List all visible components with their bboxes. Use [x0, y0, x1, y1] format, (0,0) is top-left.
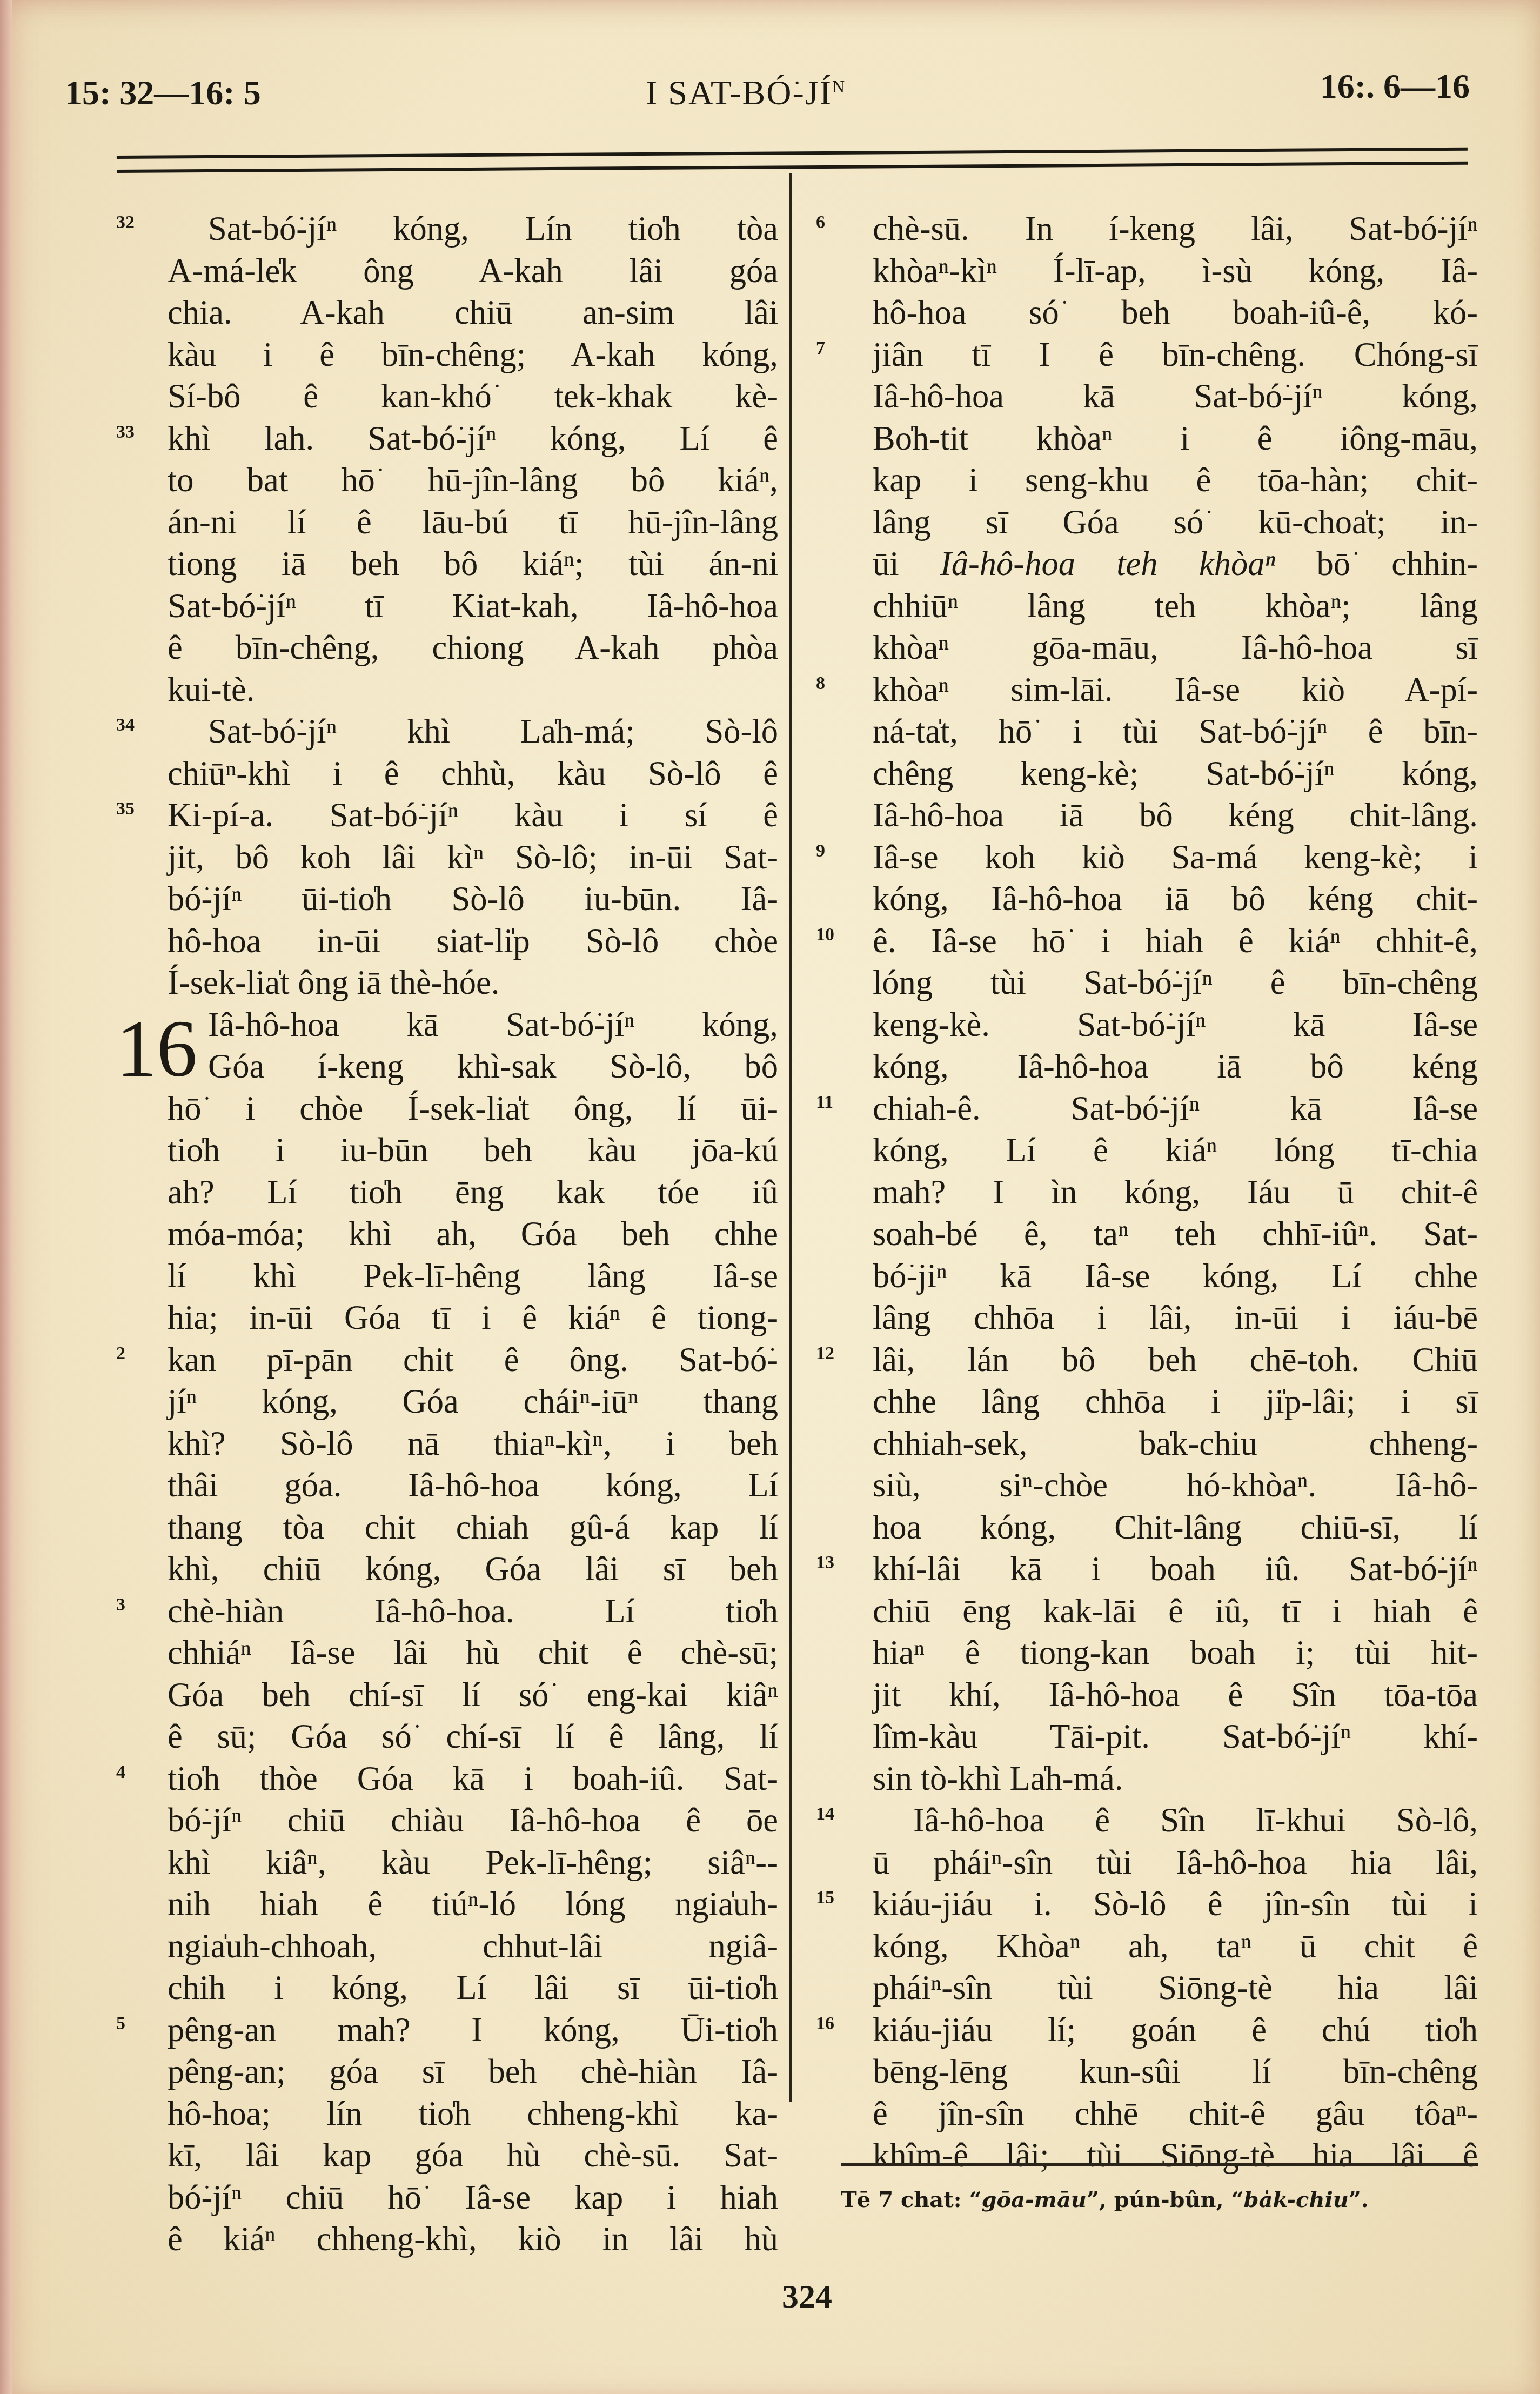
text-line: Í-sek-lia̍t ông iā thè-hóe. [168, 962, 778, 1004]
line-text: keng-kè. Sat-bó͘-jíⁿ kā Iâ-se [873, 1006, 1478, 1044]
line-text: ê bīn-chêng, chiong A-kah phòa [168, 628, 778, 666]
line-text: Iâ-hô-hoa iā bô kéng chit-lâng. [873, 796, 1478, 834]
line-text: chiah-ê. Sat-bó͘-jíⁿ kā Iâ-se [873, 1089, 1478, 1127]
text-line: 4tio̍h thòe Góa kā i boah-iû. Sat- [168, 1758, 778, 1800]
page-number: 324 [782, 2278, 832, 2316]
text-line: 7jiân tī I ê bīn-chêng. Chóng-sī [873, 334, 1478, 376]
footnote-prefix: Tē 7 chat: “ [841, 2187, 981, 2212]
left-column: 32Sat-bó͘-jíⁿ kóng, Lín tio̍h tòaA-má-le… [168, 208, 778, 2261]
text-line: khîm-ê lâi; tùi Siōng-tè hia lâi ê [873, 2135, 1478, 2177]
text-line: 12lâi, lán bô beh chē-toh. Chiū [873, 1339, 1478, 1381]
text-line: Sat-bó͘-jíⁿ tī Kiat-kah, Iâ-hô-hoa [168, 585, 778, 627]
column-divider [789, 173, 792, 2102]
footnote-middle: ”, pún-bûn, “ [1087, 2187, 1244, 2212]
text-line: 9Iâ-se koh kiò Sa-má keng-kè; i [873, 837, 1478, 879]
verse-number: 11 [816, 1093, 833, 1112]
line-text: kóng, Khòaⁿ ah, taⁿ ū chit ê [873, 1927, 1478, 1965]
line-text: lâi, lán bô beh chē-toh. Chiū [873, 1341, 1478, 1379]
verse-number: 16 [816, 2015, 834, 2033]
text-line: jit khí, Iâ-hô-hoa ê Sîn tōa-tōa [873, 1674, 1478, 1716]
text-line: bó͘-jíⁿ ūi-tio̍h Sò-lô iu-būn. Iâ- [168, 878, 778, 920]
text-line: 35Ki-pí-a. Sat-bó͘-jíⁿ kàu i sí ê [168, 794, 778, 837]
line-text: móa-móa; khì ah, Góa beh chhe [168, 1215, 778, 1253]
header-rule [117, 148, 1468, 173]
running-header: 15: 32—16: 5 I SAT-BÓ͘-JÍN 16:. 6—16 [65, 73, 1470, 116]
text-line: chhiūⁿ lâng teh khòaⁿ; lâng [873, 585, 1478, 627]
text-line: ê bīn-chêng, chiong A-kah phòa [168, 627, 778, 669]
text-line: bó͘-jíⁿ chiū hō͘ Iâ-se kap i hiah [168, 2177, 778, 2219]
verse-number: 2 [116, 1345, 125, 1363]
verse-number: 33 [116, 423, 135, 442]
text-line: 34Sat-bó͘-jíⁿ khì La̍h-má; Sò-lô [168, 711, 778, 753]
text-line: 16Iâ-hô-hoa kā Sat-bó͘-jíⁿ kóng, [168, 1004, 778, 1046]
line-text: kóng, Iâ-hô-hoa iā bô kéng [873, 1047, 1478, 1085]
text-line: 3chè-hiàn Iâ-hô-hoa. Lí tio̍h [168, 1590, 778, 1633]
line-text: jíⁿ kóng, Góa cháiⁿ-iūⁿ thang [168, 1382, 778, 1420]
line-text: khì, chiū kóng, Góa lâi sī beh [168, 1550, 778, 1588]
line-text: bó͘-jíⁿ chiū chiàu Iâ-hô-hoa ê ōe [168, 1801, 778, 1839]
line-text: Ki-pí-a. Sat-bó͘-jíⁿ kàu i sí ê [168, 796, 778, 834]
text-line: khì kiâⁿ, kàu Pek-lī-hêng; siâⁿ-- [168, 1842, 778, 1884]
text-line: ná-ta̍t, hō͘ i tùi Sat-bó͘-jíⁿ ê bīn- [873, 711, 1478, 753]
line-text: hō͘ i chòe Í-sek-lia̍t ông, lí ūi- [168, 1089, 778, 1127]
text-line: lîm-kàu Tāi-pit. Sat-bó͘-jíⁿ khí- [873, 1716, 1478, 1758]
line-text: hô-hoa; lín tio̍h chheng-khì ka- [168, 2095, 778, 2132]
verse-number: 34 [116, 716, 135, 734]
line-text: kiáu-jiáu i. Sò-lô ê jîn-sîn tùi i [873, 1885, 1478, 1923]
text-line: chhiah-sek, ba̍k-chiu chheng- [873, 1423, 1478, 1465]
text-line: hō͘ i chòe Í-sek-lia̍t ông, lí ūi- [168, 1088, 778, 1130]
verse-number: 5 [116, 2015, 125, 2033]
text-line: kóng, Khòaⁿ ah, taⁿ ū chit ê [873, 1925, 1478, 1968]
line-text: kóng, Lí ê kiáⁿ lóng tī-chia [873, 1131, 1478, 1169]
verse-number: 12 [816, 1345, 834, 1363]
line-text: tiong iā beh bô kiáⁿ; tùi án-ni [168, 545, 778, 583]
line-text: ū pháiⁿ-sîn tùi Iâ-hô-hoa hia lâi, [873, 1843, 1478, 1881]
text-line: 10ê. Iâ-se hō͘ i hiah ê kiáⁿ chhit-ê, [873, 920, 1478, 962]
text-line: bó͘-jíⁿ chiū chiàu Iâ-hô-hoa ê ōe [168, 1800, 778, 1842]
text-line: lâng sī Góa só͘ kū-choa̍t; in- [873, 501, 1478, 544]
line-text: chiū ēng kak-lāi ê iû, tī i hiah ê [873, 1592, 1478, 1630]
text-line: chhe lâng chhōa i ji̍p-lâi; i sī [873, 1381, 1478, 1423]
text-line: 16kiáu-jiáu lí; goán ê chú tio̍h [873, 2009, 1478, 2051]
text-line: chiūⁿ-khì i ê chhù, kàu Sò-lô ê [168, 753, 778, 795]
text-line: Iâ-hô-hoa iā bô kéng chit-lâng. [873, 794, 1478, 837]
line-text: bēng-lēng kun-sûi lí bīn-chêng [873, 2052, 1478, 2090]
line-text: chiūⁿ-khì i ê chhù, kàu Sò-lô ê [168, 754, 778, 792]
verse-number: 8 [816, 674, 825, 693]
text-line: 11chiah-ê. Sat-bó͘-jíⁿ kā Iâ-se [873, 1088, 1478, 1130]
line-text: án-ni lí ê lāu-bú tī hū-jîn-lâng [168, 503, 778, 541]
line-text: chih i kóng, Lí lâi sī ūi-tio̍h [168, 1969, 778, 2007]
text-line: 8khòaⁿ sim-lāi. Iâ-se kiò A-pí- [873, 669, 1478, 711]
text-line: jíⁿ kóng, Góa cháiⁿ-iūⁿ thang [168, 1381, 778, 1423]
line-text: hô-hoa só͘ beh boah-iû-ê, kó- [873, 293, 1478, 331]
header-left-reference: 15: 32—16: 5 [65, 73, 261, 113]
line-text: tio̍h i iu-būn beh kàu jōa-kú [168, 1131, 778, 1169]
line-text: lâng chhōa i lâi, in-ūi i iáu-bē [873, 1299, 1478, 1336]
text-line: án-ni lí ê lāu-bú tī hū-jîn-lâng [168, 501, 778, 544]
line-text: khîm-ê lâi; tùi Siōng-tè hia lâi ê [873, 2136, 1478, 2174]
text-line: 14Iâ-hô-hoa ê Sîn lī-khui Sò-lô, [873, 1800, 1478, 1842]
header-right-reference: 16:. 6—16 [1320, 66, 1470, 106]
verse-number: 14 [816, 1805, 834, 1823]
line-text: sin tò-khì La̍h-má. [873, 1760, 1123, 1797]
text-line: 2kan pī-pān chit ê ông. Sat-bó͘- [168, 1339, 778, 1381]
text-line: kui-tè. [168, 669, 778, 711]
line-text: khì kiâⁿ, kàu Pek-lī-hêng; siâⁿ-- [168, 1843, 778, 1881]
verse-number: 7 [816, 339, 825, 358]
text-line: kóng, Iâ-hô-hoa iā bô kéng chit- [873, 878, 1478, 920]
text-line: keng-kè. Sat-bó͘-jíⁿ kā Iâ-se [873, 1004, 1478, 1046]
text-line: kóng, Lí ê kiáⁿ lóng tī-chia [873, 1129, 1478, 1172]
line-text: lóng tùi Sat-bó͘-jíⁿ ê bīn-chêng [873, 964, 1478, 1001]
text-line: khì, chiū kóng, Góa lâi sī beh [168, 1548, 778, 1590]
text-line: nih hiah ê tiúⁿ-ló lóng ngia̍uh- [168, 1883, 778, 1925]
line-text: jit khí, Iâ-hô-hoa ê Sîn tōa-tōa [873, 1676, 1478, 1714]
line-text: khì lah. Sat-bó͘-jíⁿ kóng, Lí ê [168, 419, 778, 457]
text-line: Góa í-keng khì-sak Sò-lô, bô [168, 1046, 778, 1088]
line-text: hia; in-ūi Góa tī i ê kiáⁿ ê tiong- [168, 1299, 778, 1336]
text-line: khì? Sò-lô nā thiaⁿ-kìⁿ, i beh [168, 1423, 778, 1465]
line-text: mah? I ìn kóng, Iáu ū chit-ê [873, 1173, 1478, 1211]
text-line: kóng, Iâ-hô-hoa iā bô kéng [873, 1046, 1478, 1088]
line-text: chhe lâng chhōa i ji̍p-lâi; i sī [873, 1382, 1478, 1420]
verse-number: 15 [816, 1889, 834, 1907]
text-line: thâi góa. Iâ-hô-hoa kóng, Lí [168, 1465, 778, 1507]
line-text: pháiⁿ-sîn tùi Siōng-tè hia lâi [873, 1969, 1478, 2007]
line-text: kiáu-jiáu lí; goán ê chú tio̍h [873, 2011, 1478, 2049]
right-column: 6chè-sū. In í-keng lâi, Sat-bó͘-jíⁿkhòaⁿ… [873, 208, 1478, 2177]
verse-number: 3 [116, 1596, 125, 1614]
line-text: ngia̍uh-chhoah, chhut-lâi ngiâ- [168, 1927, 778, 1965]
text-line: bó͘-jiⁿ kā Iâ-se kóng, Lí chhe [873, 1255, 1478, 1298]
verse-number: 9 [816, 842, 825, 860]
line-text: Góa beh chí-sī lí só͘ eng-kai kiâⁿ [168, 1676, 778, 1714]
text-line: tio̍h i iu-būn beh kàu jōa-kú [168, 1129, 778, 1172]
text-line: kàu i ê bīn-chêng; A-kah kóng, [168, 334, 778, 376]
text-line: chia. A-kah chiū an-sim lâi [168, 292, 778, 334]
line-text: khòaⁿ sim-lāi. Iâ-se kiò A-pí- [873, 671, 1478, 708]
text-line: pháiⁿ-sîn tùi Siōng-tè hia lâi [873, 1967, 1478, 2009]
page-edge [0, 0, 12, 2394]
line-text: to bat hō͘ hū-jîn-lâng bô kiáⁿ, [168, 461, 778, 499]
line-text: chhiūⁿ lâng teh khòaⁿ; lâng [873, 587, 1478, 625]
text-line: chih i kóng, Lí lâi sī ūi-tio̍h [168, 1967, 778, 2009]
line-text: chia. A-kah chiū an-sim lâi [168, 293, 778, 331]
book-title-text: I SAT-BÓ͘-JÍ [646, 73, 832, 112]
text-line: hiaⁿ ê tiong-kan boah i; tùi hit- [873, 1632, 1478, 1674]
line-text: khí-lâi kā i boah iû. Sat-bó͘-jíⁿ [873, 1550, 1478, 1588]
line-text: Sí-bô ê kan-khó͘ tek-khak kè- [168, 377, 778, 415]
line-text: chè-sū. In í-keng lâi, Sat-bó͘-jíⁿ [873, 210, 1478, 248]
text-line: bēng-lēng kun-sûi lí bīn-chêng [873, 2051, 1478, 2093]
text-line: hô-hoa; lín tio̍h chheng-khì ka- [168, 2093, 778, 2135]
text-line: 6chè-sū. In í-keng lâi, Sat-bó͘-jíⁿ [873, 208, 1478, 250]
text-line: móa-móa; khì ah, Góa beh chhe [168, 1213, 778, 1255]
footnote: Tē 7 chat: “gōa-māu”, pún-bûn, “ba̍k-chi… [841, 2183, 1478, 2217]
line-text: kī, lâi kap góa hù chè-sū. Sat- [168, 2136, 778, 2174]
line-text: kàu i ê bīn-chêng; A-kah kóng, [168, 336, 778, 373]
line-text: chè-hiàn Iâ-hô-hoa. Lí tio̍h [168, 1592, 778, 1630]
emphasis-text: Iâ-hô-hoa teh khòaⁿ [940, 545, 1275, 583]
line-text: pêng-an; góa sī beh chè-hiàn Iâ- [168, 2052, 778, 2090]
footnote-term-1: gōa-māu [981, 2187, 1087, 2212]
book-title: I SAT-BÓ͘-JÍN [646, 73, 846, 113]
line-text: Iâ-se koh kiò Sa-má keng-kè; i [873, 838, 1478, 876]
line-text: soah-bé ê, taⁿ teh chhī-iûⁿ. Sat- [873, 1215, 1478, 1253]
line-text: bó͘-jíⁿ chiū hō͘ Iâ-se kap i hiah [168, 2178, 778, 2216]
text-line: ūi Iâ-hô-hoa teh khòaⁿ bō͘ chhin- [873, 543, 1478, 585]
text-line: A-má-le̍k ông A-kah lâi góa [168, 250, 778, 292]
footnote-term-2: ba̍k-chiu [1244, 2187, 1349, 2212]
line-text: jit, bô koh lâi kìⁿ Sò-lô; in-ūi Sat- [168, 838, 778, 876]
line-text: chhiáⁿ Iâ-se lâi hù chit ê chè-sū; [168, 1634, 778, 1671]
verse-number: 10 [816, 926, 834, 944]
line-text: ê jîn-sîn chhē chit-ê gâu tôaⁿ- [873, 2095, 1478, 2132]
text-line: thang tòa chit chiah gû-á kap lí [168, 1507, 778, 1549]
text-line: sin tò-khì La̍h-má. [873, 1758, 1478, 1800]
line-text: siù, siⁿ-chòe hó-khòaⁿ. Iâ-hô- [873, 1466, 1478, 1504]
text-line: chiū ēng kak-lāi ê iû, tī i hiah ê [873, 1590, 1478, 1633]
text-line: Góa beh chí-sī lí só͘ eng-kai kiâⁿ [168, 1674, 778, 1716]
text-line: ê jîn-sîn chhē chit-ê gâu tôaⁿ- [873, 2093, 1478, 2135]
line-text: Iâ-hô-hoa kā Sat-bó͘-jíⁿ kóng, [208, 1006, 778, 1044]
line-text: chêng keng-kè; Sat-bó͘-jíⁿ kóng, [873, 754, 1478, 792]
line-text: A-má-le̍k ông A-kah lâi góa [168, 252, 778, 290]
line-text: lîm-kàu Tāi-pit. Sat-bó͘-jíⁿ khí- [873, 1717, 1478, 1755]
line-text: tio̍h thòe Góa kā i boah-iû. Sat- [168, 1760, 778, 1797]
text-line: 13khí-lâi kā i boah iû. Sat-bó͘-jíⁿ [873, 1548, 1478, 1590]
line-text: nih hiah ê tiúⁿ-ló lóng ngia̍uh- [168, 1885, 778, 1923]
text-line: mah? I ìn kóng, Iáu ū chit-ê [873, 1172, 1478, 1214]
line-text: kap i seng-khu ê tōa-hàn; chit- [873, 461, 1478, 499]
line-text: hiaⁿ ê tiong-kan boah i; tùi hit- [873, 1634, 1478, 1671]
footnote-suffix: ”. [1349, 2187, 1369, 2212]
text-line: pêng-an; góa sī beh chè-hiàn Iâ- [168, 2051, 778, 2093]
verse-number: 13 [816, 1554, 834, 1572]
text-line: to bat hō͘ hū-jîn-lâng bô kiáⁿ, [168, 459, 778, 501]
text-line: ū pháiⁿ-sîn tùi Iâ-hô-hoa hia lâi, [873, 1842, 1478, 1884]
text-line: chhiáⁿ Iâ-se lâi hù chit ê chè-sū; [168, 1632, 778, 1674]
text-line: tiong iā beh bô kiáⁿ; tùi án-ni [168, 543, 778, 585]
text-line: Sí-bô ê kan-khó͘ tek-khak kè- [168, 376, 778, 418]
text-line: jit, bô koh lâi kìⁿ Sò-lô; in-ūi Sat- [168, 837, 778, 879]
line-text: ê sū; Góa só͘ chí-sī lí ê lâng, lí [168, 1717, 778, 1755]
line-text: chhiah-sek, ba̍k-chiu chheng- [873, 1425, 1478, 1462]
book-page: 15: 32—16: 5 I SAT-BÓ͘-JÍN 16:. 6—16 32S… [0, 0, 1540, 2394]
text-line: lí khì Pek-lī-hêng lâng Iâ-se [168, 1255, 778, 1298]
text-line: Iâ-hô-hoa kā Sat-bó͘-jíⁿ kóng, [873, 376, 1478, 418]
text-line: 33khì lah. Sat-bó͘-jíⁿ kóng, Lí ê [168, 418, 778, 460]
text-line: ah? Lí tio̍h ēng kak tóe iû [168, 1172, 778, 1214]
text-line: ê sū; Góa só͘ chí-sī lí ê lâng, lí [168, 1716, 778, 1758]
line-text: bó͘-jíⁿ ūi-tio̍h Sò-lô iu-būn. Iâ- [168, 880, 778, 918]
line-text: lí khì Pek-lī-hêng lâng Iâ-se [168, 1257, 778, 1295]
line-text: Sat-bó͘-jíⁿ khì La̍h-má; Sò-lô [208, 712, 778, 750]
line-text: pêng-an mah? I kóng, Ūi-tio̍h [168, 2011, 778, 2049]
text-line: 5pêng-an mah? I kóng, Ūi-tio̍h [168, 2009, 778, 2051]
text-line: ngia̍uh-chhoah, chhut-lâi ngiâ- [168, 1925, 778, 1968]
verse-number: 35 [116, 800, 135, 818]
line-text: ná-ta̍t, hō͘ i tùi Sat-bó͘-jíⁿ ê bīn- [873, 712, 1478, 750]
line-text: Iâ-hô-hoa kā Sat-bó͘-jíⁿ kóng, [873, 377, 1478, 415]
footnote-rule [841, 2163, 1478, 2166]
line-text: kui-tè. [168, 671, 255, 708]
line-text: thâi góa. Iâ-hô-hoa kóng, Lí [168, 1466, 778, 1504]
line-text: jiân tī I ê bīn-chêng. Chóng-sī [873, 336, 1478, 373]
text-line: chêng keng-kè; Sat-bó͘-jíⁿ kóng, [873, 753, 1478, 795]
line-text: Iâ-hô-hoa ê Sîn lī-khui Sò-lô, [913, 1801, 1478, 1839]
book-title-sup: N [832, 77, 846, 96]
line-text: lâng sī Góa só͘ kū-choa̍t; in- [873, 503, 1478, 541]
line-text: ah? Lí tio̍h ēng kak tóe iû [168, 1173, 778, 1211]
line-text: ê. Iâ-se hō͘ i hiah ê kiáⁿ chhit-ê, [873, 922, 1478, 960]
line-text: ê kiáⁿ chheng-khì, kiò in lâi hù [168, 2220, 778, 2258]
text-line: 32Sat-bó͘-jíⁿ kóng, Lín tio̍h tòa [168, 208, 778, 250]
text-line: hia; in-ūi Góa tī i ê kiáⁿ ê tiong- [168, 1297, 778, 1339]
line-text: khì? Sò-lô nā thiaⁿ-kìⁿ, i beh [168, 1425, 778, 1462]
text-line: lóng tùi Sat-bó͘-jíⁿ ê bīn-chêng [873, 962, 1478, 1004]
text-line: hoa kóng, Chit-lâng chiū-sī, lí [873, 1507, 1478, 1549]
text-line: Bo̍h-tit khòaⁿ i ê iông-māu, [873, 418, 1478, 460]
text-line: 15kiáu-jiáu i. Sò-lô ê jîn-sîn tùi i [873, 1883, 1478, 1925]
text-line: kī, lâi kap góa hù chè-sū. Sat- [168, 2135, 778, 2177]
text-line: kap i seng-khu ê tōa-hàn; chit- [873, 459, 1478, 501]
line-text: Bo̍h-tit khòaⁿ i ê iông-māu, [873, 419, 1478, 457]
line-text: kan pī-pān chit ê ông. Sat-bó͘- [168, 1341, 778, 1379]
line-text: ūi Iâ-hô-hoa teh khòaⁿ bō͘ chhin- [873, 545, 1478, 583]
text-line: siù, siⁿ-chòe hó-khòaⁿ. Iâ-hô- [873, 1465, 1478, 1507]
text-line: hô-hoa in-ūi siat-li̍p Sò-lô chòe [168, 920, 778, 962]
verse-number: 4 [116, 1763, 125, 1782]
text-line: hô-hoa só͘ beh boah-iû-ê, kó- [873, 292, 1478, 334]
line-text: bó͘-jiⁿ kā Iâ-se kóng, Lí chhe [873, 1257, 1478, 1295]
line-text: hô-hoa in-ūi siat-li̍p Sò-lô chòe [168, 922, 778, 960]
line-text: khòaⁿ-kìⁿ Í-lī-ap, ì-sù kóng, Iâ- [873, 252, 1478, 290]
text-line: lâng chhōa i lâi, in-ūi i iáu-bē [873, 1297, 1478, 1339]
text-line: soah-bé ê, taⁿ teh chhī-iûⁿ. Sat- [873, 1213, 1478, 1255]
line-text: Sat-bó͘-jíⁿ tī Kiat-kah, Iâ-hô-hoa [168, 587, 778, 625]
line-text: Í-sek-lia̍t ông iā thè-hóe. [168, 964, 499, 1001]
line-text: Sat-bó͘-jíⁿ kóng, Lín tio̍h tòa [208, 210, 778, 248]
text-line: khòaⁿ-kìⁿ Í-lī-ap, ì-sù kóng, Iâ- [873, 250, 1478, 292]
line-text: kóng, Iâ-hô-hoa iā bô kéng chit- [873, 880, 1478, 918]
verse-number: 32 [116, 213, 135, 232]
line-text: thang tòa chit chiah gû-á kap lí [168, 1508, 778, 1546]
line-text: khòaⁿ gōa-māu, Iâ-hô-hoa sī [873, 628, 1478, 666]
verse-number: 6 [816, 213, 825, 232]
line-text: Góa í-keng khì-sak Sò-lô, bô [208, 1047, 778, 1085]
text-line: ê kiáⁿ chheng-khì, kiò in lâi hù [168, 2218, 778, 2261]
line-text: hoa kóng, Chit-lâng chiū-sī, lí [873, 1508, 1478, 1546]
text-line: khòaⁿ gōa-māu, Iâ-hô-hoa sī [873, 627, 1478, 669]
